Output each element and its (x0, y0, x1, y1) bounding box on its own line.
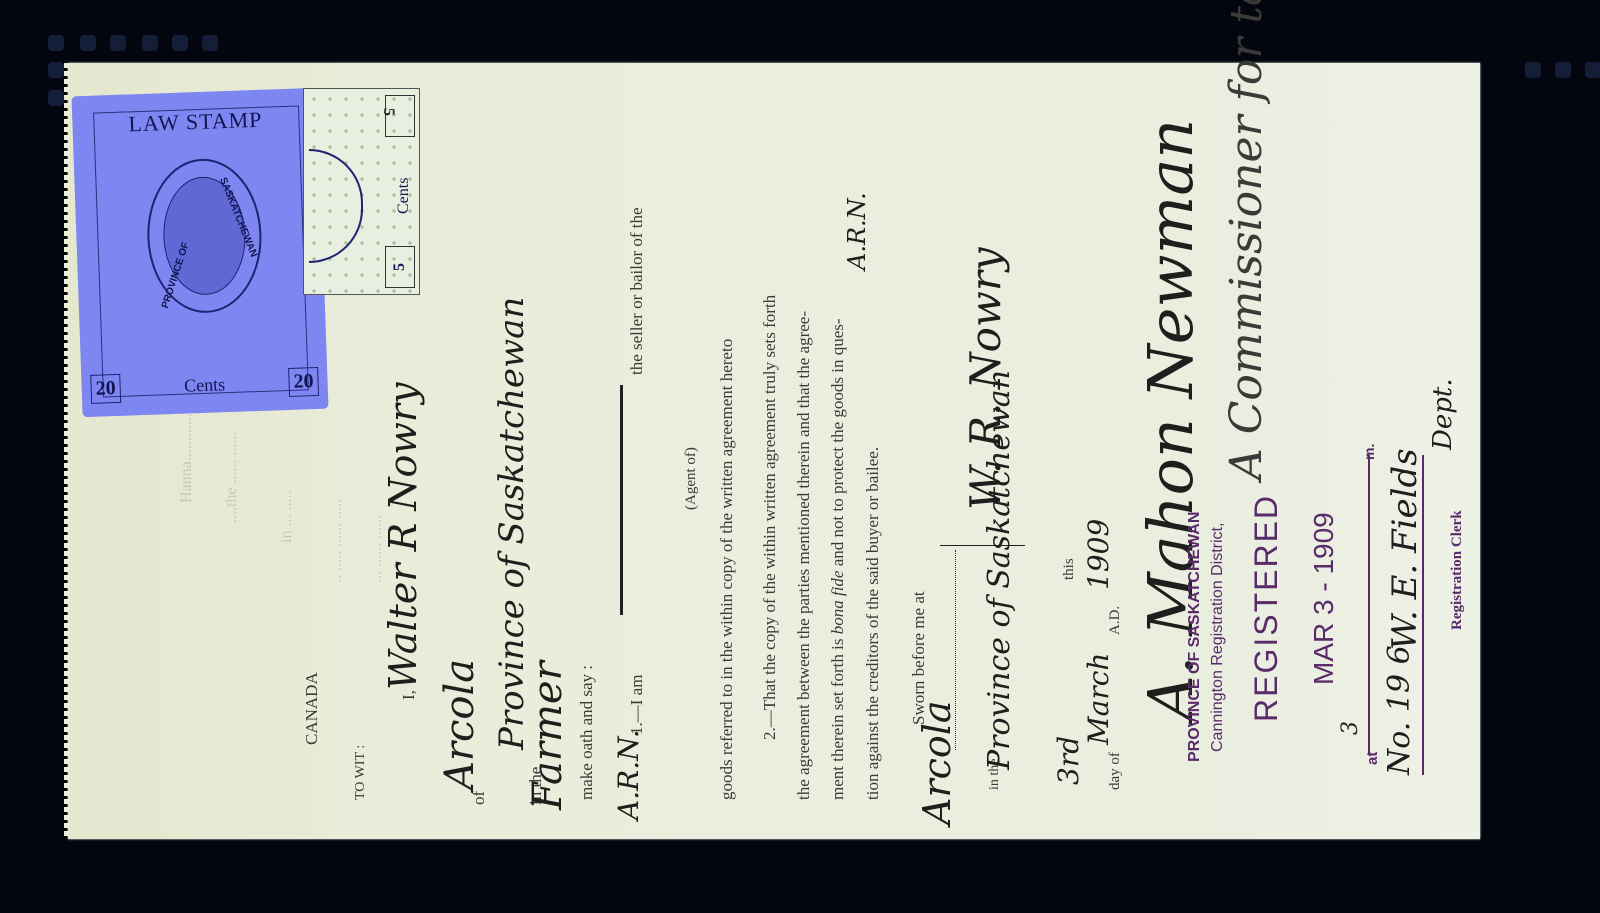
para2-line3: ment therein set forth is bona fide and … (829, 318, 846, 800)
registration-time-line (1368, 455, 1370, 755)
para1-start: 1.—I am (628, 675, 645, 735)
this-label: this (1062, 558, 1077, 580)
m-label: m. (1362, 444, 1376, 460)
clerk-signature-line (1422, 455, 1424, 775)
law-stamp: LAW STAMP PROVINCE OF SASKATCHEWAN 20 Ce… (75, 91, 326, 414)
small-stamp-value-top: 5 (380, 108, 396, 116)
deputy-note: Dept. (1430, 378, 1456, 450)
deponent-name: Walter R Nowry (384, 382, 422, 690)
law-stamp-value-right: 20 (288, 366, 319, 396)
i-label: I, (400, 690, 417, 700)
agent-of-label: (Agent of) (684, 447, 699, 510)
to-wit-label: TO WIT : (354, 745, 368, 800)
para2-line2: the agreement between the parties mentio… (795, 311, 812, 800)
law-stamp-unit: Cents (184, 374, 226, 396)
small-stamp-unit: Cents (396, 178, 412, 214)
year-handwritten: 1909 (1085, 519, 1113, 590)
registration-date: MAR 3 - 1909 (1310, 512, 1338, 685)
registration-district: Cannington Registration District, (1210, 523, 1226, 752)
deponent-province: Province of Saskatchewan (495, 297, 529, 750)
crown-icon (309, 149, 363, 263)
registration-number: No. 19 6 (1385, 645, 1415, 775)
small-stamp-value-bottom: 5 (391, 263, 409, 271)
dotted-rule (955, 550, 957, 750)
clerk-title: Registration Clerk (1450, 510, 1465, 630)
seller-blank-line (620, 385, 623, 615)
ad-label: A.D. (1108, 606, 1123, 635)
deponent-occupation: Farmer (528, 661, 568, 810)
initials-2: A.R.N. (845, 192, 869, 270)
para1-end: the seller or bailor of the (628, 207, 645, 375)
five-cent-stamp: 5 Cents 5 (303, 88, 420, 295)
sworn-place: Arcola (918, 700, 956, 825)
month-handwritten: March (1085, 653, 1113, 745)
para2-line1: 2.—That the copy of the within written a… (761, 295, 778, 740)
registration-time: 3 (1340, 721, 1362, 735)
day-of-label: day of (1108, 752, 1123, 790)
para2-line4: tion against the creditors of the said b… (864, 447, 881, 800)
registration-province: PROVINCE OF SASKATCHEWAN (1187, 512, 1203, 762)
deponent-signature: W. R. Nowry (965, 247, 1007, 510)
initials-1: A.R.N. (615, 729, 643, 820)
make-oath-text: make oath and say : (578, 665, 595, 800)
commissioner-note: A Commissioner for taking oaths (1225, 0, 1269, 480)
day-handwritten: 3rd (1055, 736, 1083, 785)
law-stamp-value-left: 20 (90, 373, 121, 403)
of-label: of (470, 791, 487, 805)
deponent-place: Arcola (440, 659, 480, 790)
country-heading: CANADA (303, 672, 320, 745)
goods-line: goods referred to in the within copy of … (718, 339, 735, 800)
registered-label: REGISTERED (1250, 494, 1282, 722)
clerk-signature: W. E. Fields (1388, 448, 1422, 650)
